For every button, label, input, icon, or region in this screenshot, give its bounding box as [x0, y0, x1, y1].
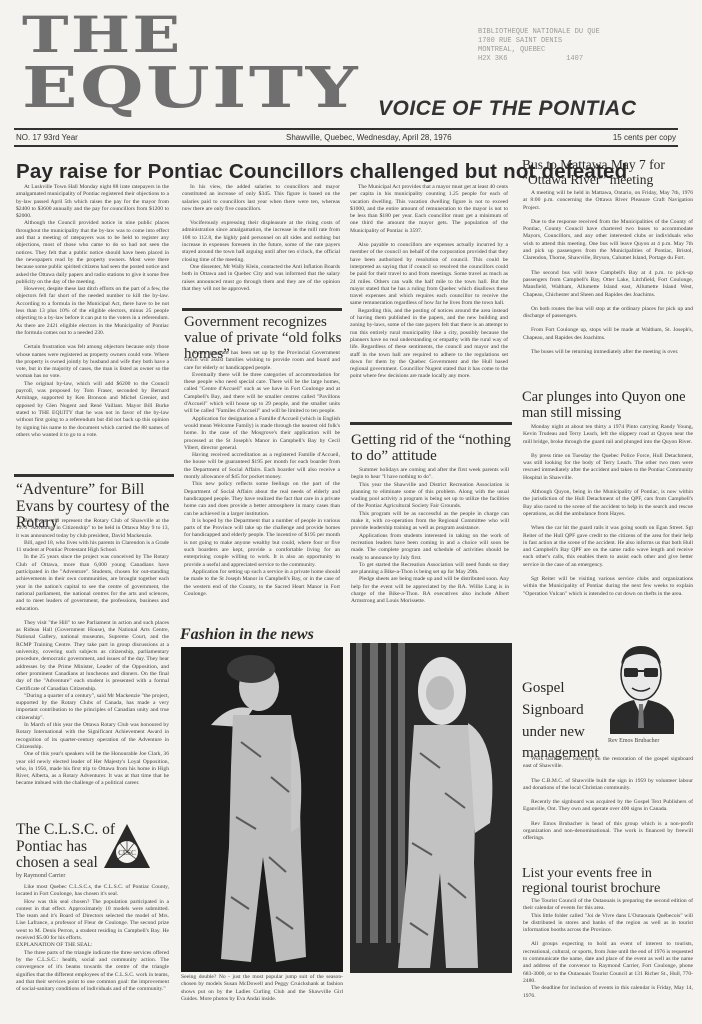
- masthead-title-equity: EQUITY: [22, 60, 360, 116]
- paragraph: The deadline for inclusion of events in …: [523, 985, 693, 1000]
- paragraph: However, despite these last ditch effort…: [16, 286, 169, 337]
- paragraph: Rev Emos Brubacher is head of this group…: [523, 821, 693, 843]
- recreation-story-body: Summer holidays are coming and after the…: [351, 467, 509, 606]
- svg-text:CLSC: CLSC: [118, 849, 136, 857]
- fashion-photo-left: [181, 647, 343, 972]
- paragraph: Regarding this, and the posting of notic…: [350, 308, 508, 381]
- paragraph: Applications from students interested in…: [351, 533, 509, 562]
- paragraph: On both routes the bus will stop at the …: [523, 306, 693, 321]
- paragraph: Bill, aged 18, who lives with his parent…: [16, 540, 169, 555]
- paragraph: The original by-law, which will add $620…: [16, 381, 169, 439]
- paragraph: They visit "the Hill" to see Parliament …: [16, 620, 169, 693]
- fashion-section-title: Fashion in the news: [180, 626, 314, 644]
- quyon-headline: Car plunges into Quyon one man still mis…: [522, 390, 700, 421]
- paragraph: A meeting will be held in Mattawa, Ontar…: [523, 190, 693, 212]
- masthead-tagline: VOICE OF THE PONTIAC: [378, 97, 637, 121]
- paragraph: Although the Council provided notice in …: [16, 220, 169, 286]
- paragraph: Having received accreditation as a regis…: [184, 452, 340, 481]
- paragraph: From Fort Coulonge up, stops will be mad…: [523, 327, 693, 342]
- paragraph: Application for designation a Famille d'…: [184, 416, 340, 452]
- paragraph: When the car hit the guard rails it was …: [523, 525, 693, 569]
- fashion-photo-right: [350, 643, 512, 973]
- library-address-stamp: BIBLIOTHEQUE NATIONALE DU QUE 1700 RUE S…: [478, 28, 600, 64]
- gospel-headline: Gospel Signboard under new management: [522, 678, 607, 765]
- lead-story-col2: In his view, the added salaries to counc…: [182, 184, 340, 293]
- masthead-rule-top: [14, 128, 678, 130]
- dateline-bar: NO. 17 93rd Year Shawville, Quebec, Wedn…: [16, 133, 676, 142]
- paragraph: At Luskville Town Hall Monday night 88 i…: [16, 184, 169, 220]
- gospel-story-body: Work started last Saturday on the restor…: [523, 756, 693, 843]
- masthead-title-the: THE: [22, 10, 183, 60]
- quyon-story-body: Monday night at about ten thirty a 1974 …: [523, 424, 693, 598]
- paragraph: Monday night at about ten thirty a 1974 …: [523, 424, 693, 446]
- old-folks-story-body: A new program has been set up by the Pro…: [184, 350, 340, 598]
- section-divider: [182, 308, 342, 311]
- paragraph: Like most Quebec C.L.S.C.s, the C.L.S.C.…: [16, 884, 169, 899]
- paragraph: Sgt Reiter will be visiting various serv…: [523, 576, 693, 598]
- portrait-brubacher-icon: [600, 640, 682, 736]
- paragraph: This little folder called "Joi de Vivre …: [523, 913, 693, 935]
- paragraph: Recently the signboard was acquired by t…: [523, 799, 693, 814]
- paragraph: This year the Shawville and District Rec…: [351, 482, 509, 511]
- paragraph: One dissenter, Mr Wally Klein, contacted…: [182, 264, 340, 293]
- paragraph: The second bus will leave Campbell's Bay…: [523, 270, 693, 299]
- dateline-text: Shawville, Quebec, Wednesday, April 28, …: [286, 133, 452, 142]
- paragraph: Pledge sheets are being made up and will…: [351, 576, 509, 605]
- paragraph: Work started last Saturday on the restor…: [523, 756, 693, 771]
- paragraph: In March of this year the Ottawa Rotary …: [16, 722, 169, 751]
- clsc-headline: The C.L.S.C. of Pontiac has chosen a sea…: [16, 822, 116, 872]
- masthead-rule-bottom: [14, 145, 678, 147]
- lead-story-col1: At Luskville Town Hall Monday night 88 i…: [16, 184, 169, 439]
- paragraph: "During a quarter of a century", said Mr…: [16, 693, 169, 722]
- paragraph: Due to the response received from the Mu…: [523, 219, 693, 263]
- tourist-story-body: The Tourist Council of the Outaouais is …: [523, 898, 693, 1000]
- paragraph: Although Quyon, being in the Municipalit…: [523, 489, 693, 518]
- paragraph: Eventually there will be three categorie…: [184, 372, 340, 416]
- issue-number: NO. 17 93rd Year: [16, 133, 78, 142]
- subheading: EXPLANATION OF THE SEAL:: [16, 942, 169, 949]
- paragraph: One of this year's speakers will be the …: [16, 751, 169, 787]
- paragraph: To get started the Recreation Associatio…: [351, 562, 509, 577]
- paragraph: A new program has been set up by the Pro…: [184, 350, 340, 372]
- paragraph: This program will be as successful as th…: [351, 511, 509, 533]
- paragraph: In his view, the added salaries to counc…: [182, 184, 340, 213]
- paragraph: This new policy reflects some feelings o…: [184, 481, 340, 517]
- portrait-caption: Rev Emos Brubacher: [608, 738, 659, 744]
- paragraph: The C.B.M.C. of Shawville built the sign…: [523, 778, 693, 793]
- price: 15 cents per copy: [613, 133, 676, 142]
- tourist-headline: List your events free in regional touris…: [522, 866, 700, 896]
- recreation-headline: Getting rid of the “nothing to do” attit…: [351, 432, 511, 464]
- paragraph: In the 25 years since the project was co…: [16, 554, 169, 612]
- clsc-story-body: Like most Quebec C.L.S.C.s, the C.L.S.C.…: [16, 884, 169, 993]
- paragraph: Bill Evans will represent the Rotary Clu…: [16, 518, 169, 540]
- fashion-caption: Seeing double? No - just the most popula…: [181, 974, 343, 1003]
- paragraph: Also payable to councillors are expenses…: [350, 242, 508, 308]
- paragraph: It is hoped by the Department that a num…: [184, 518, 340, 569]
- section-divider: [350, 422, 512, 425]
- paragraph: The Tourist Council of the Outaouais is …: [523, 898, 693, 913]
- lead-story-col3: The Municipal Act provides that a mayor …: [350, 184, 508, 381]
- paragraph: The Municipal Act provides that a mayor …: [350, 184, 508, 235]
- model-photo-right-icon: [350, 643, 512, 973]
- paragraph: All groups expecting to hold an event of…: [523, 941, 693, 985]
- model-photo-left-icon: [181, 647, 343, 972]
- paragraph: By press time on Tuesday the Quebec Poli…: [523, 453, 693, 482]
- clsc-byline: by Raymond Carrier: [16, 873, 65, 879]
- rotary-story-body: Bill Evans will represent the Rotary Clu…: [16, 518, 169, 788]
- section-divider: [14, 474, 174, 477]
- paragraph: Summer holidays are coming and after the…: [351, 467, 509, 482]
- paragraph: How was this seal chosen? The population…: [16, 899, 169, 943]
- paragraph: The three parts of the triangle indicate…: [16, 950, 169, 994]
- bus-headline: Bus to Mattawa May 7 for “Ottawa River” …: [522, 158, 700, 187]
- paragraph: The buses will be returning immediately …: [523, 349, 693, 356]
- clsc-seal-icon: CLSC: [102, 822, 152, 872]
- paragraph: Vociferously expressing their displeasur…: [182, 220, 340, 264]
- bus-story-body: A meeting will be held in Mattawa, Ontar…: [523, 190, 693, 356]
- paragraph: Certain frustration was felt among objec…: [16, 344, 169, 380]
- paragraph: Application for setting up such a servic…: [184, 569, 340, 598]
